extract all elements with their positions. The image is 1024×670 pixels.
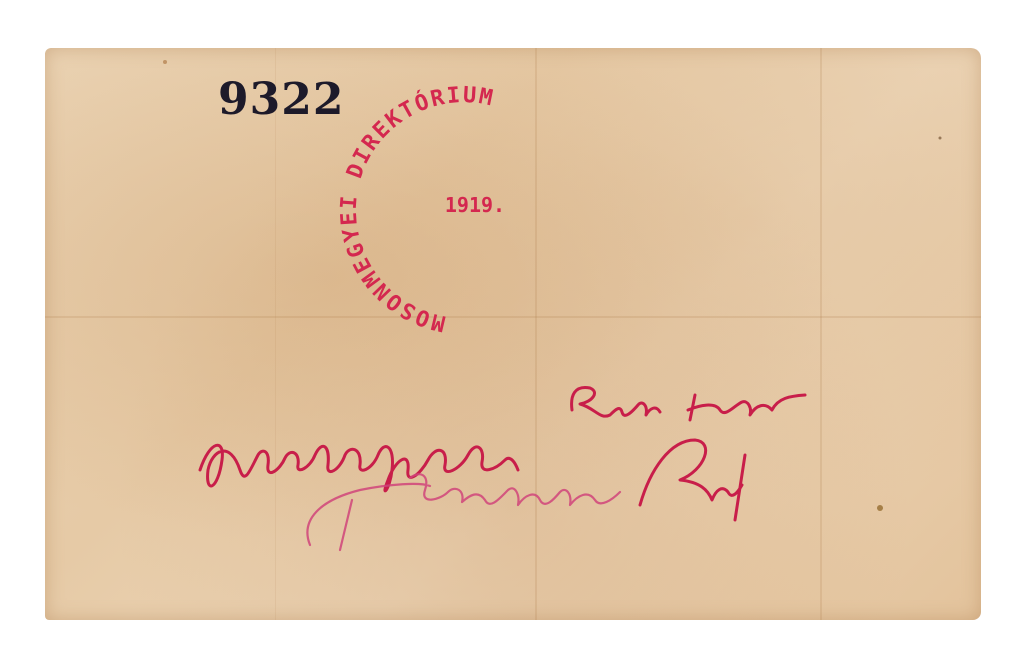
stamp-year: 1919. xyxy=(445,193,505,217)
stamp: MOSONMEGYEI DIREKTÓRIUM 1919. xyxy=(337,83,505,336)
signature-right-top xyxy=(572,387,805,420)
signature-bottom xyxy=(307,440,745,550)
signature-left xyxy=(200,445,518,491)
stamp-and-signatures: MOSONMEGYEI DIREKTÓRIUM 1919. xyxy=(0,0,1024,670)
stain-spots xyxy=(163,60,942,511)
